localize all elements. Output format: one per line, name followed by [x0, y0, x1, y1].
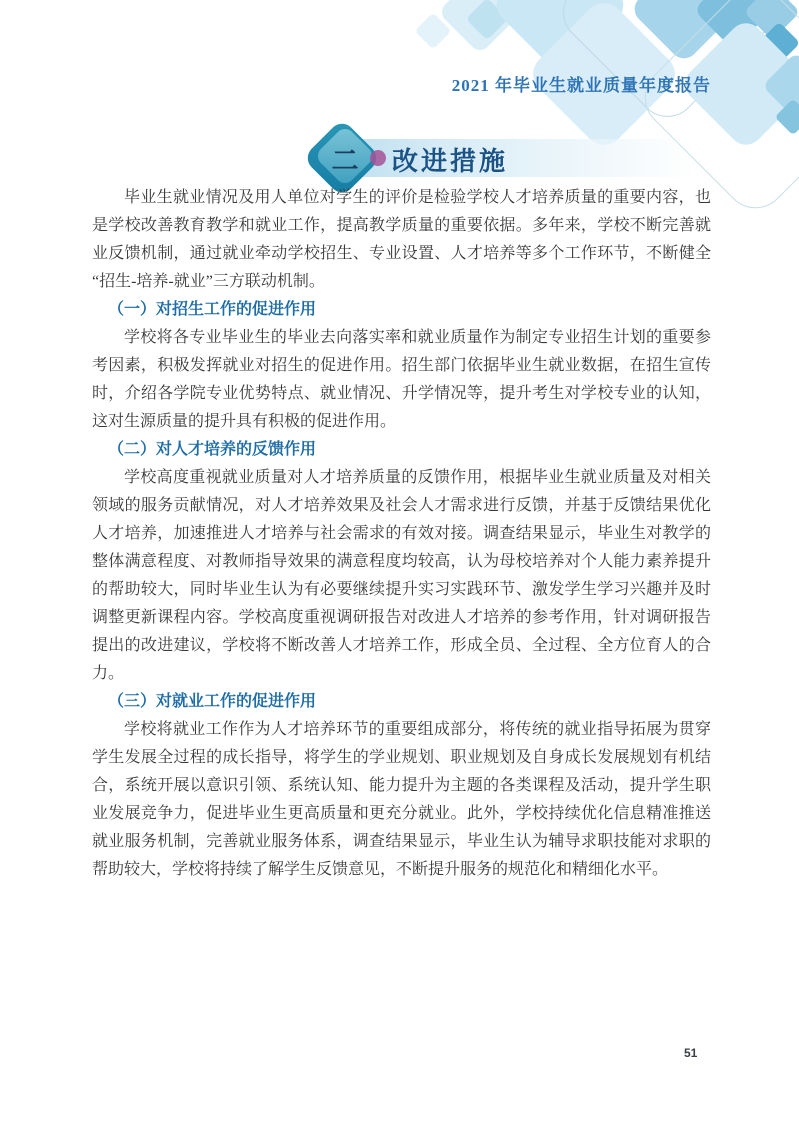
deco-diamond — [693, 0, 772, 50]
page-number: 51 — [684, 1046, 697, 1060]
deco-diamond — [762, 52, 799, 120]
section-paragraph-1: 学校将各专业毕业生的毕业去向落实率和就业质量作为制定专业招生计划的重要参考因素，… — [92, 324, 711, 436]
deco-diamond — [489, 0, 630, 76]
deco-diamond — [775, 99, 799, 136]
deco-diamond — [758, 22, 799, 64]
section-paragraph-3: 学校将就业工作作为人才培养环节的重要组成部分，将传统的就业指导拓展为贯穿学生发展… — [92, 716, 711, 884]
deco-diamond — [415, 13, 452, 50]
deco-diamond — [438, 0, 523, 54]
deco-diamond — [466, 0, 508, 40]
deco-diamond — [629, 0, 739, 64]
document-body: 毕业生就业情况及用人单位对学生的评价是检验学校人才培养质量的重要内容，也是学校改… — [92, 184, 711, 884]
section-banner: 二 改进措施 — [308, 128, 728, 190]
intro-paragraph: 毕业生就业情况及用人单位对学生的评价是检验学校人才培养质量的重要内容，也是学校改… — [92, 184, 711, 296]
section-heading-3: （三）对就业工作的促进作用 — [92, 688, 711, 716]
section-paragraph-2: 学校高度重视就业质量对人才培养质量的反馈作用，根据毕业生就业质量及对相关领域的服… — [92, 464, 711, 688]
section-number: 二 — [314, 130, 376, 186]
report-title: 2021 年毕业生就业质量年度报告 — [452, 71, 711, 96]
deco-diamond-outline — [551, 0, 784, 129]
accent-dot — [370, 150, 386, 166]
deco-diamond — [744, 0, 799, 40]
section-title: 改进措施 — [392, 141, 508, 178]
section-heading-1: （一）对招生工作的促进作用 — [92, 296, 711, 324]
section-heading-2: （二）对人才培养的反馈作用 — [92, 436, 711, 464]
